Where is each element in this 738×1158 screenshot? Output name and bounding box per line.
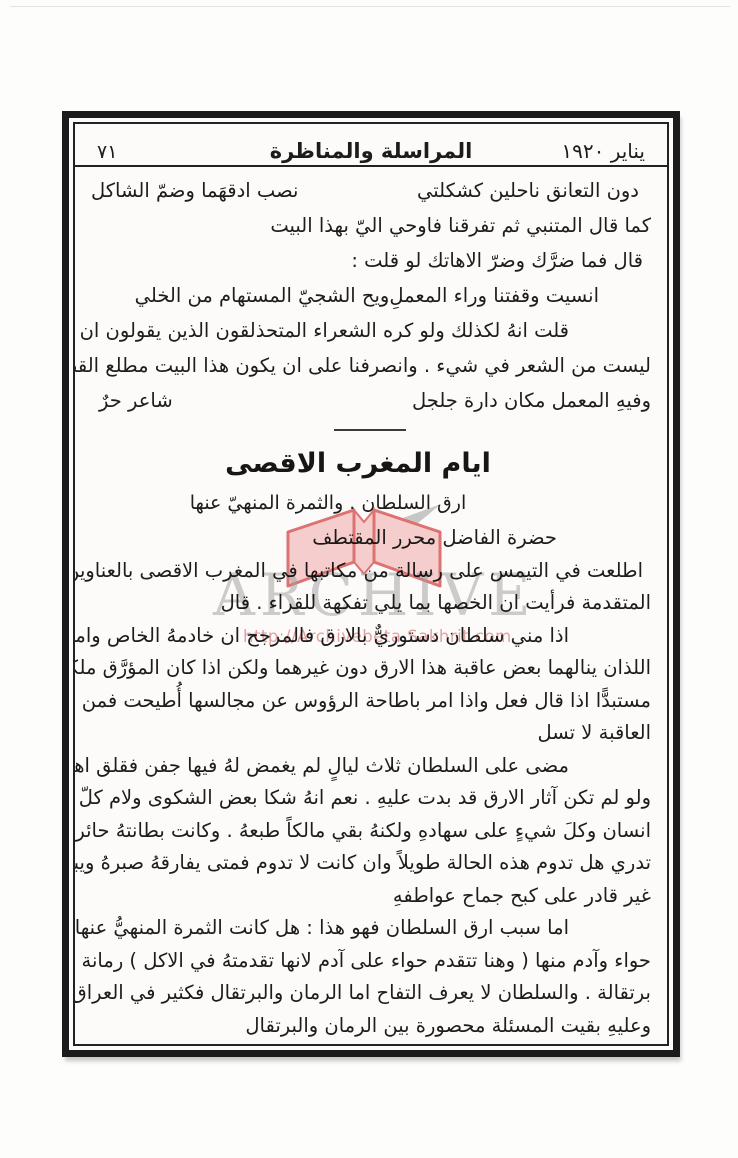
author-signature: شاعر حرٌ — [89, 383, 173, 418]
page-header: يناير ١٩٢٠ المراسلة والمناظرة ٧١ — [75, 124, 667, 167]
text-line: تدري هل تدوم هذه الحالة طويلاً وان كانت … — [89, 847, 651, 880]
text-line: مضى على السلطان ثلاث ليالٍ لم يغمض لهُ ف… — [89, 750, 651, 783]
text-line-with-signature: وفيهِ المعمل مكان دارة جلجل شاعر حرٌ — [89, 383, 651, 418]
text-line: قال فما ضرَّك وضرّ الاهاتك لو قلت : — [89, 243, 651, 278]
text-line: وعليهِ بقيت المسئلة محصورة بين الرمان وا… — [89, 1010, 651, 1043]
section-divider — [334, 429, 406, 431]
scanned-document-page: يناير ١٩٢٠ المراسلة والمناظرة ٧١ دون الت… — [0, 0, 738, 1158]
text-line: ليست من الشعر في شيء . وانصرفنا على ان ي… — [89, 348, 651, 383]
text-line: برتقالة . والسلطان لا يعرف التفاح اما ال… — [89, 977, 651, 1010]
text-line: حواء وآدم منها ( وهنا تتقدم حواء على آدم… — [89, 945, 651, 978]
verse-hemistich-first: انسيت وقفتنا وراء المعملِ — [389, 278, 599, 313]
page-border-frame: يناير ١٩٢٠ المراسلة والمناظرة ٧١ دون الت… — [62, 111, 680, 1057]
text-line: مستبدًّا اذا قال فعل واذا امر باطاحة الر… — [89, 685, 651, 718]
verse-hemistich-first: دون التعانق ناحلين كشكلتي — [417, 173, 639, 208]
text-line: اما سبب ارق السلطان فهو هذا : هل كانت ال… — [89, 912, 651, 945]
text-line: انسان وكلَ شيءٍ على سهادهِ ولكنهُ بقي ما… — [89, 815, 651, 848]
text-line: اذا مني سلطان دستوريٌّ بالارق فالمرجح ان… — [89, 620, 651, 653]
text-line: كما قال المتنبي ثم تفرقنا فاوحي اليّ بهذ… — [89, 208, 651, 243]
text-line: المتقدمة فرأيت ان الخصها بما يلي تفكهة ل… — [89, 587, 651, 620]
verse-hemistich-second: ويح الشجيّ المستهام من الخلي — [135, 278, 390, 313]
scan-edge-line — [10, 6, 730, 7]
verse-hemistich-second: نصب ادقهَما وضمّ الشاكل — [91, 173, 298, 208]
page-border-inner: يناير ١٩٢٠ المراسلة والمناظرة ٧١ دون الت… — [73, 122, 669, 1046]
journal-section-title: المراسلة والمناظرة — [258, 139, 484, 163]
text-line: وفيهِ المعمل مكان دارة جلجل — [412, 383, 651, 418]
text-line: اطلعت في التيمس على رسالة من مكاتبها في … — [89, 555, 651, 588]
text-line: اللذان ينالهما بعض عاقبة هذا الارق دون غ… — [89, 652, 651, 685]
verse-line-2: انسيت وقفتنا وراء المعملِ ويح الشجيّ الم… — [89, 278, 651, 313]
page-number: ٧١ — [97, 141, 258, 163]
section-title: ايام المغرب الاقصى — [77, 441, 639, 487]
text-line: العاقبة لا تسل — [89, 717, 651, 750]
text-line: قلت انهُ لكذلك ولو كره الشعراء المتحذلقو… — [89, 313, 651, 348]
issue-date: يناير ١٩٢٠ — [484, 139, 645, 163]
text-line: ولو لم تكن آثار الارق قد بدت عليهِ . نعم… — [89, 782, 651, 815]
text-line: غير قادر على كبح جماح عواطفهِ — [89, 880, 651, 913]
section-subtitle: ارق السلطان . والثمرة المنهيّ عنها — [73, 489, 609, 517]
salutation-line: حضرة الفاضل محرر المقتطف — [89, 522, 651, 555]
verse-line-1: دون التعانق ناحلين كشكلتي نصب ادقهَما وض… — [89, 173, 651, 208]
page-content: دون التعانق ناحلين كشكلتي نصب ادقهَما وض… — [75, 167, 667, 1042]
